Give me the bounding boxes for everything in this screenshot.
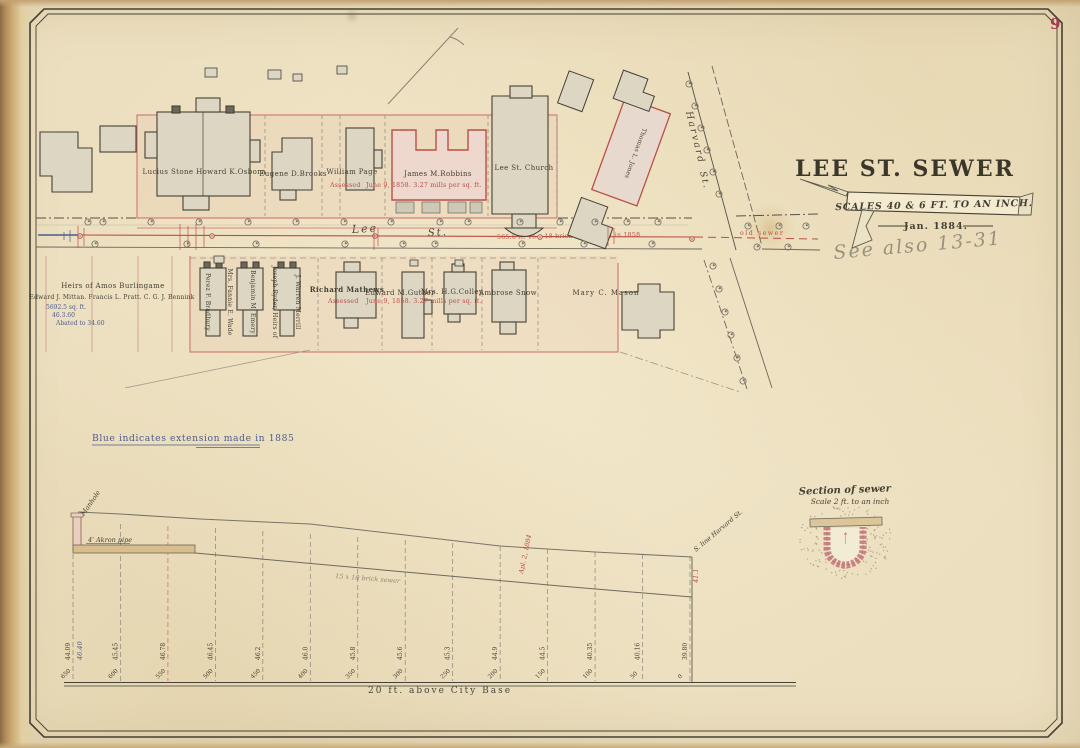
tree-symbol	[432, 241, 438, 247]
manhole-symbol	[210, 234, 215, 239]
north-assessment-detail: June 9, 1858. 3.27 mills per sq. ft.	[365, 182, 482, 189]
station-distance-label: 250	[440, 668, 452, 680]
section-title: Section of sewer	[799, 483, 892, 497]
rowhouse-owner-4: Joseph Ryder, Heirs of	[271, 265, 278, 339]
stipple-dot	[866, 562, 867, 563]
station-distance-label: 350	[345, 668, 357, 680]
stipple-dot	[802, 524, 803, 525]
tree-symbol	[728, 332, 734, 338]
stipple-dot	[817, 538, 818, 539]
pencil-stray-mark	[388, 28, 464, 104]
stipple-dot	[844, 514, 845, 515]
stipple-dot	[867, 513, 868, 514]
stipple-dot	[868, 549, 869, 550]
surface-elevation-label: 40.35	[587, 643, 594, 660]
tree-symbol	[85, 219, 91, 225]
station-distance-label: 650	[60, 668, 72, 680]
stipple-dot	[883, 535, 884, 536]
stipple-dot	[879, 553, 880, 554]
stipple-dot	[808, 549, 809, 550]
owner-osborn: Howard K.Osborn	[196, 168, 266, 176]
map-canvas: 9 LEE ST. SEWER SCALES 40 & 6 FT. TO AN …	[0, 0, 1080, 748]
tree-symbol	[100, 219, 106, 225]
surface-elevation-label: 45.8	[350, 646, 357, 660]
section-scale: Scale 2 ft. to an inch	[811, 497, 890, 506]
stipple-dot	[836, 507, 837, 508]
stipple-dot	[831, 572, 832, 573]
stipple-dot	[871, 533, 872, 534]
stipple-dot	[821, 552, 822, 553]
owner-colley: Mrs. H.G.Colley	[421, 288, 484, 296]
tree-symbol	[624, 219, 630, 225]
scanned-map-page: 9 LEE ST. SEWER SCALES 40 & 6 FT. TO AN …	[0, 0, 1080, 748]
stipple-dot	[885, 546, 886, 547]
stipple-dot	[799, 542, 800, 543]
stipple-dot	[807, 548, 808, 549]
stipple-dot	[871, 556, 872, 557]
stipple-dot	[801, 549, 802, 550]
stipple-dot	[819, 561, 820, 562]
stipple-dot	[854, 509, 855, 510]
tree-symbol	[437, 219, 443, 225]
stipple-dot	[845, 576, 846, 577]
tree-symbol	[655, 219, 661, 225]
stipple-dot	[857, 574, 858, 575]
harvard-street-name-1: Harvard	[683, 109, 707, 165]
stipple-dot	[825, 562, 826, 563]
tree-symbol	[148, 219, 154, 225]
stipple-dot	[873, 534, 874, 535]
stipple-dot	[826, 568, 827, 569]
stipple-dot	[816, 528, 817, 529]
surface-elevation-label: 39.80	[682, 643, 689, 660]
stipple-dot	[881, 543, 882, 544]
akron-pipe-label: 4' Akron pipe	[87, 536, 132, 544]
surface-elevation-label: 46.2	[255, 646, 262, 660]
stipple-dot	[847, 507, 848, 508]
stipple-dot	[869, 547, 870, 548]
tree-symbol	[245, 219, 251, 225]
surface-elevation-label: 45.45	[112, 643, 119, 660]
surface-elevation-label: 44.5	[540, 646, 547, 660]
station-distance-label: 200	[487, 668, 499, 680]
profile-blue-elevation: 46.40	[76, 641, 84, 661]
stipple-dot	[814, 516, 815, 517]
tree-symbol	[92, 241, 98, 247]
stipple-dot	[883, 547, 884, 548]
stipple-dot	[815, 542, 816, 543]
tree-symbol	[557, 219, 563, 225]
sheds-north	[205, 66, 347, 81]
burlingame-heading: Heirs of Amos Burlingame	[61, 282, 164, 290]
tree-symbol	[184, 241, 190, 247]
tree-symbol	[253, 241, 259, 247]
stipple-dot	[819, 559, 820, 560]
stipple-dot	[867, 510, 868, 511]
stipple-dot	[874, 530, 875, 531]
stipple-dot	[870, 555, 871, 556]
harvard-street-lines	[688, 66, 772, 392]
station-distance-label: 400	[297, 668, 309, 680]
stipple-dot	[812, 551, 813, 552]
stipple-dot	[810, 532, 811, 533]
tree-symbol	[776, 223, 782, 229]
stipple-dot	[890, 532, 891, 533]
manhole-symbol	[78, 234, 83, 239]
stipple-dot	[881, 537, 882, 538]
stipple-dot	[810, 563, 811, 564]
stipple-dot	[840, 515, 841, 516]
tree-symbol	[803, 223, 809, 229]
stipple-dot	[839, 570, 840, 571]
building-brooks-porch	[280, 190, 296, 200]
stipple-dot	[875, 568, 876, 569]
tree-symbol	[649, 241, 655, 247]
stipple-dot	[841, 578, 842, 579]
stipple-dot	[834, 508, 835, 509]
stipple-dot	[822, 513, 823, 514]
station-distance-label: 550	[155, 668, 167, 680]
stipple-dot	[839, 509, 840, 510]
building-church-top	[510, 86, 532, 98]
stipple-dot	[849, 511, 850, 512]
surface-elevation-label: 45.3	[445, 646, 452, 660]
stipple-dot	[874, 536, 875, 537]
owner-stone: Lucius Stone	[143, 168, 194, 176]
burlingame-area: 5692.5 sq. ft.	[46, 304, 86, 311]
baseline-label: 20 ft. above City Base	[368, 686, 512, 696]
building-page-bump	[374, 150, 382, 168]
extension-note: Blue indicates extension made in 1885	[92, 433, 295, 444]
stipple-dot	[836, 575, 837, 576]
station-distance-label: 50	[630, 671, 640, 681]
stipple-dot	[866, 511, 867, 512]
building-unlabeled-west-2	[100, 126, 136, 152]
surface-elevation-label: 46.45	[207, 643, 214, 660]
stipple-dot	[872, 551, 873, 552]
manhole-symbol	[373, 234, 378, 239]
surface-elevation-label: 45.6	[397, 646, 404, 660]
stipple-dot	[844, 576, 845, 577]
stipple-dot	[838, 507, 839, 508]
stipple-dot	[863, 561, 864, 562]
stipple-dot	[873, 565, 874, 566]
stipple-dot	[852, 573, 853, 574]
stipple-dot	[813, 564, 814, 565]
tree-symbol	[710, 263, 716, 269]
rowhouse-owner-5: J. Warren Merrill	[294, 274, 301, 330]
stipple-dot	[875, 562, 876, 563]
stipple-dot	[807, 527, 808, 528]
north-assessed-label: Assessed	[329, 182, 361, 189]
profile-end-label: S. line Harvard St.	[692, 508, 744, 554]
owner-mason: Mary C. Mason	[572, 289, 639, 297]
tree-symbol	[341, 219, 347, 225]
stipple-dot	[884, 557, 885, 558]
stipple-dot	[845, 574, 846, 575]
surface-elevation-label: 46.0	[302, 646, 309, 660]
building-north-of-jones	[558, 71, 594, 112]
brick-sewer-label: 15 x 18 brick sewer	[335, 572, 401, 585]
stipple-dot	[874, 538, 875, 539]
stipple-dot	[879, 537, 880, 538]
stipple-dot	[867, 528, 868, 529]
stipple-dot	[889, 529, 890, 530]
stipple-dot	[833, 506, 834, 507]
stipple-dot	[848, 514, 849, 515]
owner-page: William Page	[326, 168, 377, 176]
tree-symbol	[716, 286, 722, 292]
stipple-dot	[869, 571, 870, 572]
stipple-dot	[875, 558, 876, 559]
station-distance-label: 300	[392, 668, 404, 680]
tree-symbol	[581, 241, 587, 247]
building-page	[346, 128, 374, 190]
station-distance-label: 150	[535, 668, 547, 680]
rowhouse-owner-1: Perez F. Bradbury	[204, 273, 211, 331]
tree-symbol	[740, 378, 746, 384]
stipple-dot	[846, 567, 847, 568]
surface-elevation-label: 40.16	[635, 643, 642, 660]
stipple-dot	[883, 550, 884, 551]
building-stone-osborn	[145, 98, 260, 210]
owner-robbins: James M.Robbins	[403, 170, 472, 178]
manhole-symbol	[690, 237, 695, 242]
map-title: LEE ST. SEWER	[795, 156, 1015, 182]
tree-symbol	[388, 219, 394, 225]
stipple-dot	[858, 507, 859, 508]
harvard-street-name-2: St.	[697, 170, 711, 191]
stipple-dot	[835, 571, 836, 572]
tree-symbol	[293, 219, 299, 225]
stipple-dot	[870, 551, 871, 552]
station-distance-label: 100	[582, 668, 594, 680]
rowhouse-owner-2: Mrs. Fannie E. Wade	[226, 269, 233, 336]
rowhouse-owner-3: Benjamin M. Emery	[249, 270, 256, 334]
old-sewer-dashed	[695, 237, 818, 239]
profile-red-end-elevation: 41.1	[692, 569, 700, 584]
south-assessed-label: Assessed	[327, 298, 359, 305]
tree-symbol	[519, 241, 525, 247]
surface-elevation-label: 44.09	[65, 643, 72, 660]
stipple-dot	[804, 530, 805, 531]
stipple-dot	[876, 552, 877, 553]
owner-snow: Ambrose Snow	[478, 289, 537, 297]
tree-symbol	[745, 223, 751, 229]
tree-symbol	[722, 309, 728, 315]
stipple-dot	[818, 550, 819, 551]
manhole-symbol	[538, 235, 543, 240]
old-sewer-label: old sewer	[740, 230, 784, 237]
section-plank	[810, 517, 882, 527]
stipple-dot	[867, 539, 868, 540]
tree-symbol	[342, 241, 348, 247]
stipple-dot	[889, 538, 890, 539]
station-distance-label: 450	[250, 668, 262, 680]
owner-church: Lee St. Church	[495, 164, 554, 172]
page-number: 9	[1050, 15, 1060, 33]
stipple-dot	[880, 544, 881, 545]
stipple-dot	[887, 550, 888, 551]
stipple-dot	[865, 574, 866, 575]
stipple-dot	[810, 516, 811, 517]
stipple-dot	[815, 560, 816, 561]
building-unlabeled-west	[40, 132, 92, 192]
tree-symbol	[196, 219, 202, 225]
burlingame-tax: 46.3.60	[52, 312, 75, 319]
stipple-dot	[876, 535, 877, 536]
stipple-dot	[825, 559, 826, 560]
stipple-dot	[871, 568, 872, 569]
tree-symbol	[465, 219, 471, 225]
stipple-dot	[852, 514, 853, 515]
lee-street-name-2: St.	[428, 227, 449, 239]
stipple-dot	[816, 543, 817, 544]
stipple-dot	[816, 536, 817, 537]
tree-symbol	[400, 241, 406, 247]
stipple-dot	[847, 572, 848, 573]
manhole-label: Manhole	[79, 489, 103, 518]
surface-elevation-label: 46.78	[160, 643, 167, 660]
stipple-dot	[843, 570, 844, 571]
building-church-porch	[512, 214, 536, 228]
stipple-dot	[799, 539, 800, 540]
profile-red-date: Apl. 2, 1884	[517, 534, 533, 576]
burlingame-owners: Edward J. Mittan. Francis L. Pratt. C. G…	[30, 294, 195, 301]
tree-symbol	[754, 244, 760, 250]
stipple-dot	[885, 532, 886, 533]
building-church	[492, 96, 548, 214]
stipple-dot	[801, 527, 802, 528]
stipple-dot	[842, 511, 843, 512]
surface-elevation-label: 44.9	[492, 646, 499, 660]
south-assessment-detail: June 9, 1858. 3.27 mills per sq. ft.	[365, 298, 482, 305]
stipple-dot	[817, 566, 818, 567]
station-distance-label: 600	[108, 668, 120, 680]
stipple-dot	[807, 558, 808, 559]
stipple-dot	[877, 526, 878, 527]
burlingame-abated: Abated to 34.60	[55, 320, 105, 327]
section-drawing	[810, 517, 882, 566]
stipple-dot	[885, 558, 886, 559]
station-distance-label: 500	[203, 668, 215, 680]
station-distance-label: 0	[677, 673, 684, 680]
owner-brooks: Eugene D.Brooks	[259, 170, 326, 178]
stipple-dot	[803, 548, 804, 549]
stipple-dot	[812, 549, 813, 550]
